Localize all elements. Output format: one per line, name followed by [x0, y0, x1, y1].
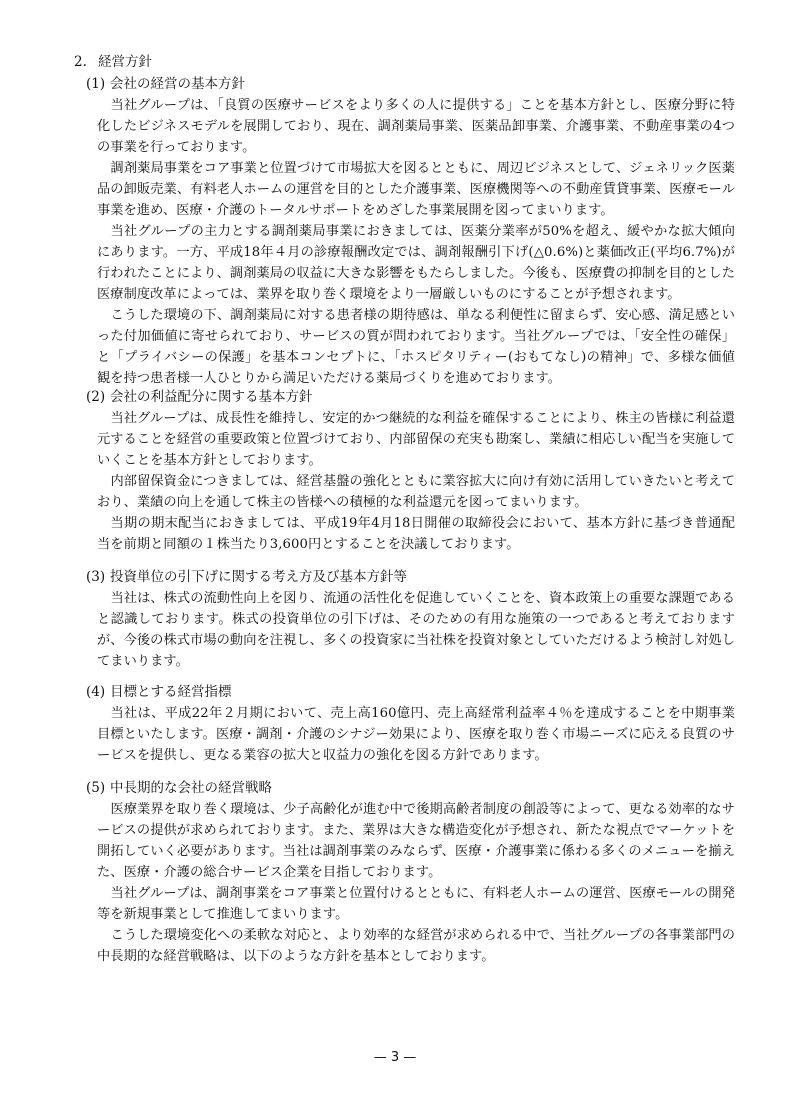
section-title: 投資単位の引下げに関する考え方及び基本方針等	[110, 569, 407, 585]
section-heading: (1)会社の経営の基本方針	[86, 74, 736, 95]
section-title: 中長期的な会社の経営戦略	[110, 780, 272, 796]
document-page: 2.経営方針 (1)会社の経営の基本方針 当社グループは、「良質の医療サービスを…	[0, 0, 790, 1118]
heading-title: 経営方針	[98, 54, 152, 70]
section-heading: (3)投資単位の引下げに関する考え方及び基本方針等	[86, 567, 736, 588]
paragraph: こうした環境の下、調剤薬局に対する患者様の期待感は、単なる利便性に留まらず、安心…	[97, 305, 735, 389]
section-heading: (2)会社の利益配分に関する基本方針	[86, 387, 736, 408]
paragraph: 当社グループは、調剤事業をコア事業と位置付けるとともに、有料老人ホームの運営、医…	[97, 883, 735, 925]
section-target-indicators: (4)目標とする経営指標 当社は、平成22年２月期において、売上高160億円、売…	[86, 682, 736, 766]
section-profit-distribution: (2)会社の利益配分に関する基本方針 当社グループは、成長性を維持し、安定的かつ…	[86, 387, 736, 555]
paragraph: 当社グループの主力とする調剤薬局事業におきましては、医薬分業率が50%を超え、緩…	[97, 221, 735, 305]
page-number: — 3 —	[0, 1049, 790, 1067]
section-mid-long-term-strategy: (5)中長期的な会社の経営戦略 医療業界を取り巻く環境は、少子高齢化が進む中で後…	[86, 778, 736, 967]
section-heading: (4)目標とする経営指標	[86, 682, 736, 703]
paragraph: こうした環境変化への柔軟な対応と、より効率的な経営が求められる中で、当社グループ…	[97, 925, 735, 967]
paragraph: 医療業界を取り巻く環境は、少子高齢化が進む中で後期高齢者制度の創設等によって、更…	[97, 799, 735, 883]
section-number: (1)	[86, 74, 110, 95]
main-heading: 2.経営方針	[74, 52, 152, 72]
paragraph: 当期の期末配当におきましては、平成19年4月18日開催の取締役会において、基本方…	[97, 513, 735, 555]
section-basic-policy: (1)会社の経営の基本方針 当社グループは、「良質の医療サービスをより多くの人に…	[86, 74, 736, 389]
paragraph: 当社は、平成22年２月期において、売上高160億円、売上高経常利益率４％を達成す…	[97, 703, 735, 766]
heading-number: 2.	[74, 52, 98, 72]
paragraph: 当社グループは、成長性を維持し、安定的かつ継続的な利益を確保することにより、株主…	[97, 408, 735, 471]
paragraph: 内部留保資金につきましては、経営基盤の強化とともに業容拡大に向け有効に活用してい…	[97, 471, 735, 513]
section-title: 目標とする経営指標	[110, 684, 232, 700]
section-title: 会社の経営の基本方針	[110, 76, 245, 92]
section-investment-unit: (3)投資単位の引下げに関する考え方及び基本方針等 当社は、株式の流動性向上を図…	[86, 567, 736, 672]
section-number: (3)	[86, 567, 110, 588]
section-heading: (5)中長期的な会社の経営戦略	[86, 778, 736, 799]
paragraph: 当社グループは、「良質の医療サービスをより多くの人に提供する」ことを基本方針とし…	[97, 95, 735, 158]
section-title: 会社の利益配分に関する基本方針	[110, 389, 313, 405]
section-number: (5)	[86, 778, 110, 799]
paragraph: 当社は、株式の流動性向上を図り、流通の活性化を促進していくことを、資本政策上の重…	[97, 588, 735, 672]
section-number: (2)	[86, 387, 110, 408]
section-number: (4)	[86, 682, 110, 703]
paragraph: 調剤薬局事業をコア事業と位置づけて市場拡大を図るとともに、周辺ビジネスとして、ジ…	[97, 158, 735, 221]
